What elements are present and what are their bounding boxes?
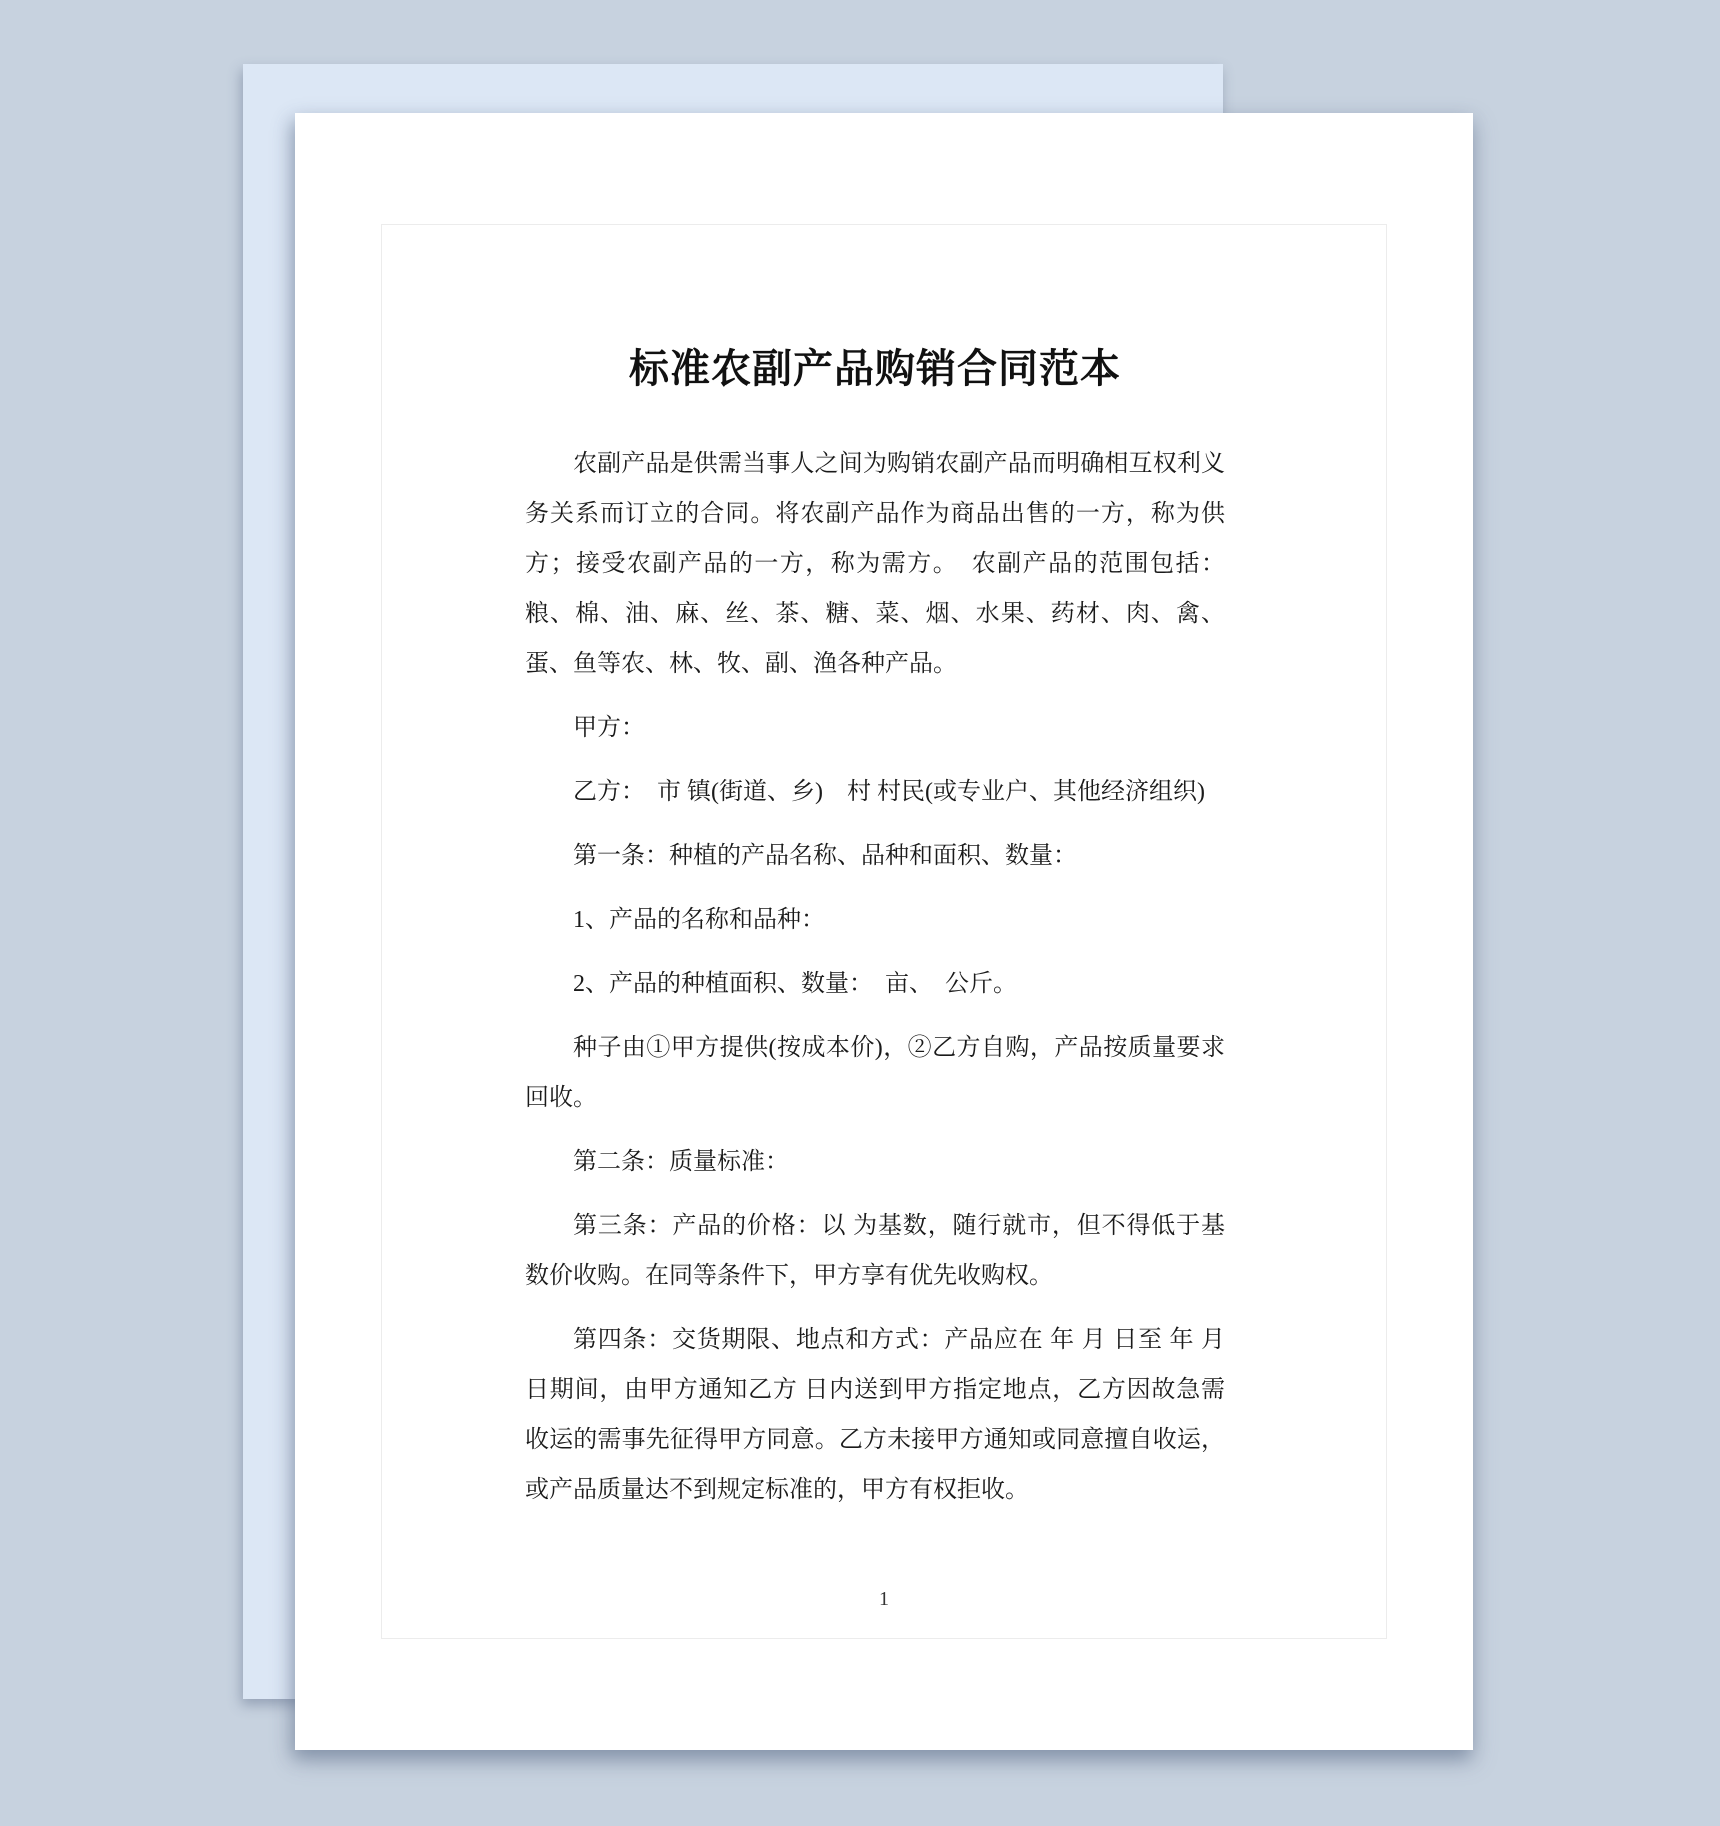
paragraph-clause-3: 第三条：产品的价格：以 为基数，随行就市，但不得低于基数价收购。在同等条件下，甲… <box>525 1201 1225 1301</box>
paragraph-clause-2: 第二条：质量标准： <box>525 1137 1225 1187</box>
document-page: 标准农副产品购销合同范本 农副产品是供需当事人之间为购销农副产品而明确相互权利义… <box>295 113 1473 1750</box>
paragraph-clause-1-item-2: 2、产品的种植面积、数量： 亩、 公斤。 <box>525 959 1225 1009</box>
paragraph-party-b: 乙方： 市 镇(街道、乡) 村 村民(或专业户、其他经济组织) <box>525 767 1225 817</box>
page-number: 1 <box>295 1588 1473 1611</box>
paragraph-clause-1-item-1: 1、产品的名称和品种： <box>525 895 1225 945</box>
paragraph-intro: 农副产品是供需当事人之间为购销农副产品而明确相互权利义务关系而订立的合同。将农副… <box>525 439 1225 689</box>
paragraph-clause-1: 第一条：种植的产品名称、品种和面积、数量： <box>525 831 1225 881</box>
paragraph-party-a: 甲方： <box>525 703 1225 753</box>
page-content: 标准农副产品购销合同范本 农副产品是供需当事人之间为购销农副产品而明确相互权利义… <box>525 113 1225 1529</box>
document-title: 标准农副产品购销合同范本 <box>525 343 1225 395</box>
desktop-background: 标准农副产品购销合同范本 农副产品是供需当事人之间为购销农副产品而明确相互权利义… <box>0 0 1720 1826</box>
document-body: 农副产品是供需当事人之间为购销农副产品而明确相互权利义务关系而订立的合同。将农副… <box>525 439 1225 1515</box>
paragraph-seeds: 种子由①甲方提供(按成本价)，②乙方自购，产品按质量要求回收。 <box>525 1023 1225 1123</box>
paragraph-clause-4: 第四条：交货期限、地点和方式：产品应在 年 月 日至 年 月 日期间，由甲方通知… <box>525 1315 1225 1515</box>
